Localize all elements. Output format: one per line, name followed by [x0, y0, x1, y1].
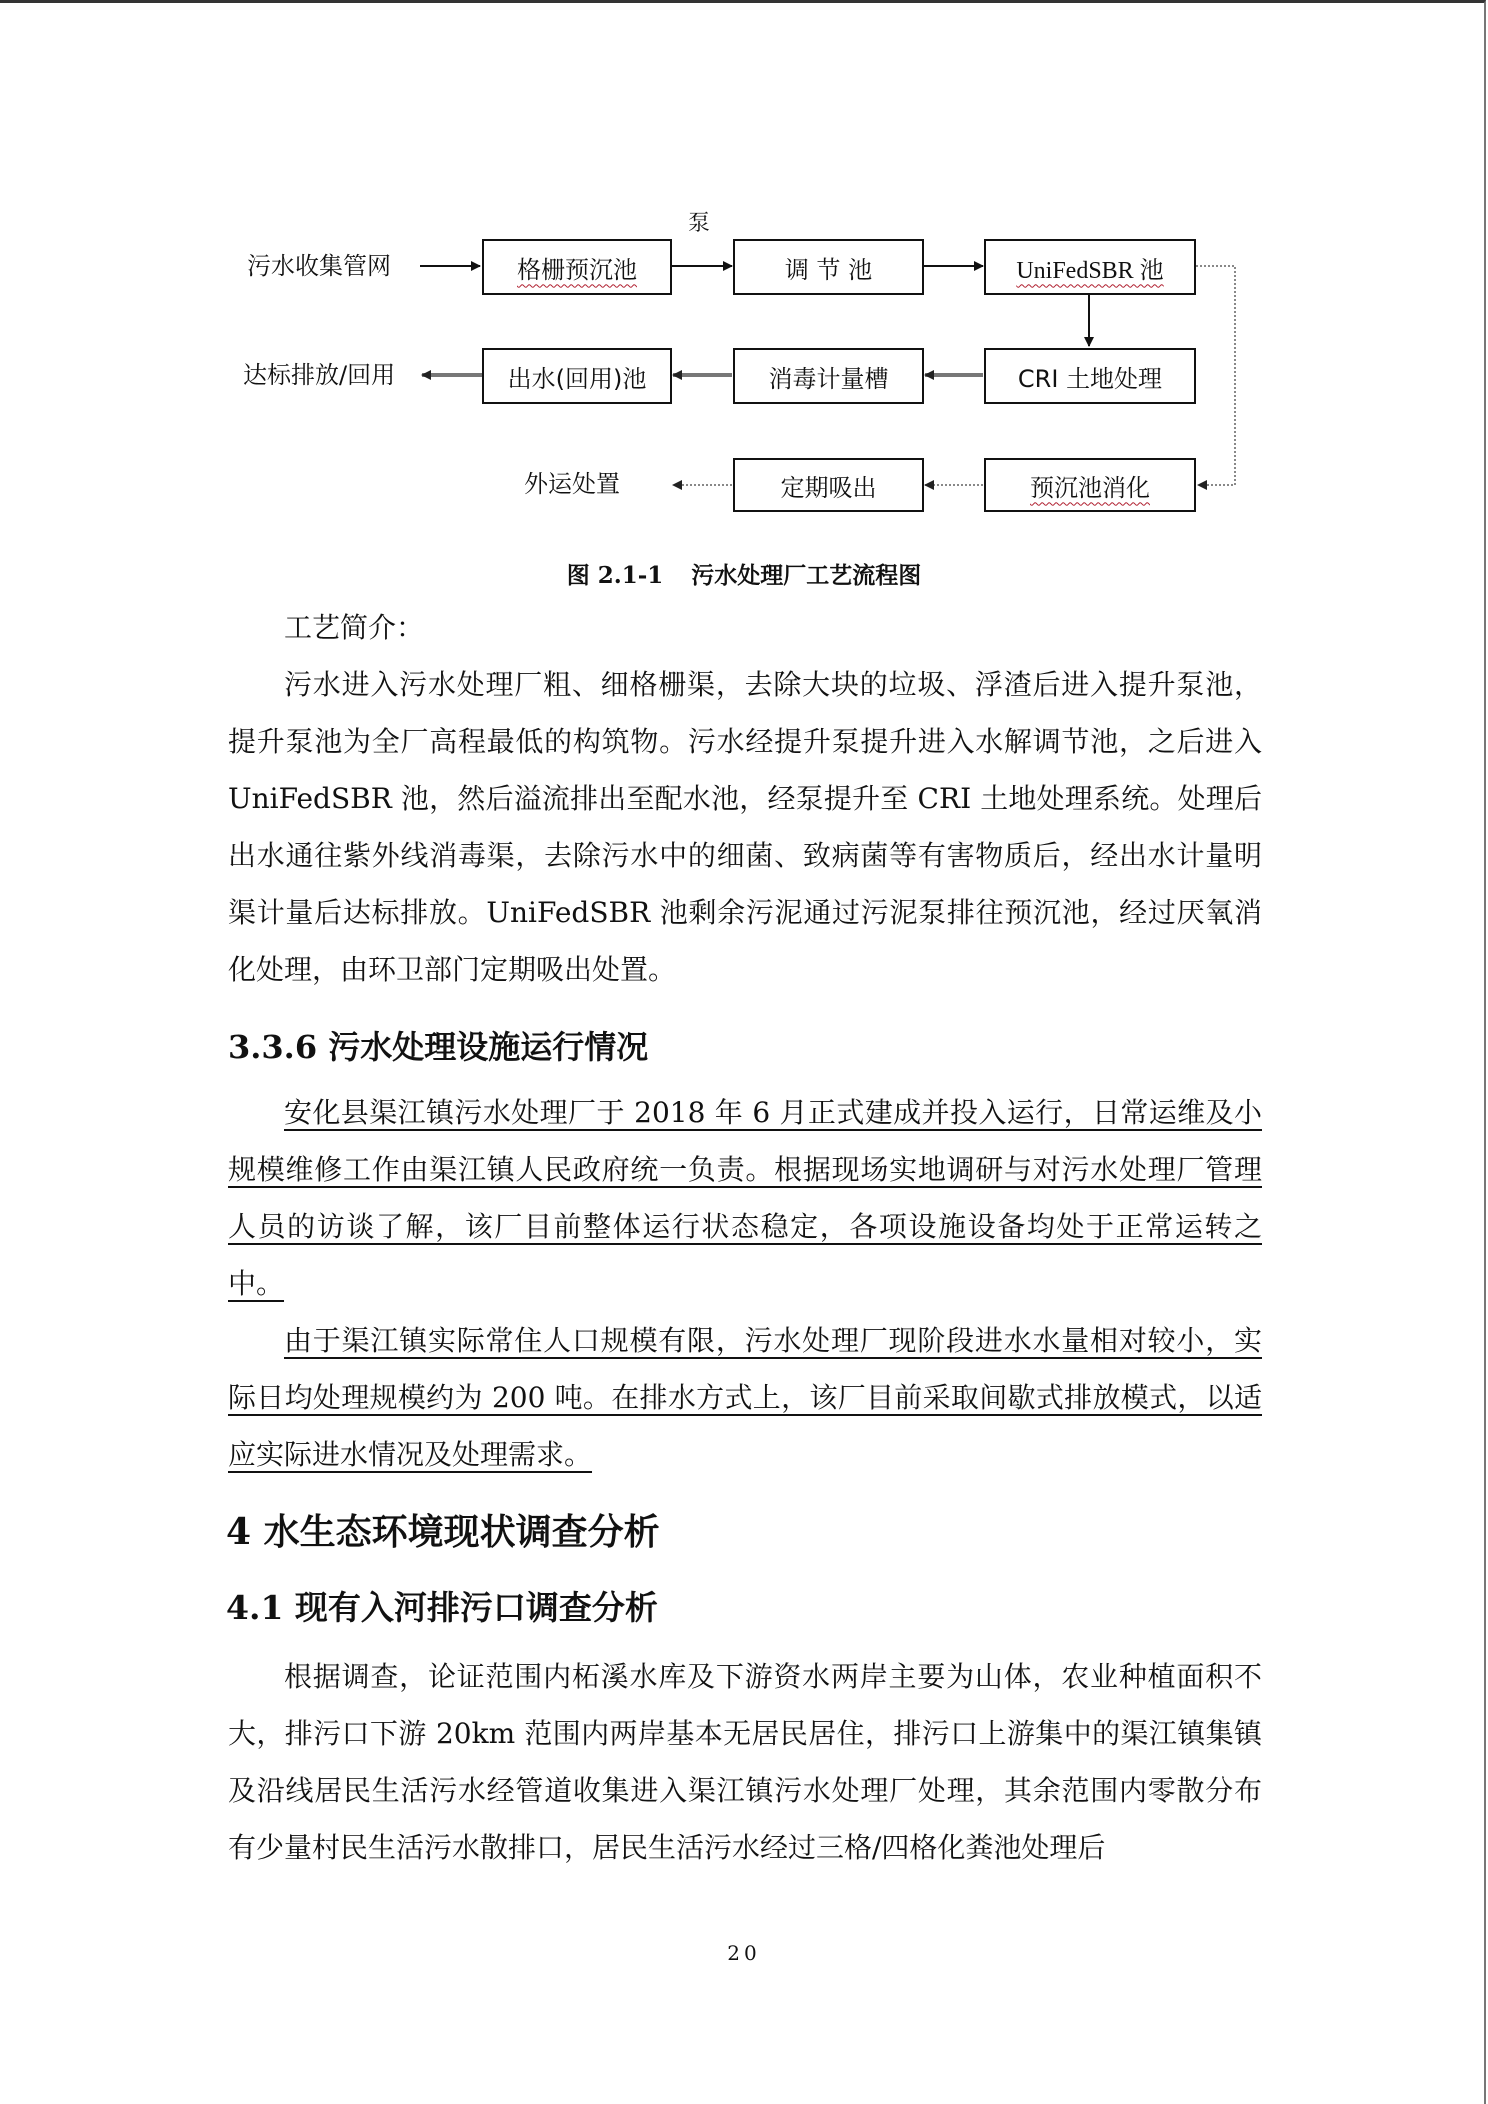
node-effluent: 出水(回用)池 — [482, 348, 672, 404]
section-heading-3-3-6: 3.3.6 污水处理设施运行情况 — [228, 1027, 648, 1067]
paragraph: 由于渠江镇实际常住人口规模有限，污水处理厂现阶段进水水量相对较小，实际日均处理规… — [228, 1312, 1262, 1483]
node-discharge: 达标排放/回用 — [243, 363, 395, 387]
section-heading-4-1: 4.1 现有入河排污口调查分析 — [226, 1587, 658, 1629]
node-disinfect: 消毒计量槽 — [733, 348, 924, 404]
node-digestion: 预沉池消化 — [984, 458, 1196, 512]
page-number: 20 — [0, 1941, 1488, 1965]
node-cri: CRI 土地处理 — [984, 348, 1196, 404]
section-4-1-body: 根据调查，论证范围内柘溪水库及下游资水两岸主要为山体，农业种植面积不大，排污口下… — [228, 1648, 1262, 1876]
intro-label: 工艺简介： — [228, 599, 1262, 656]
node-sbr: UniFedSBR 池 — [984, 239, 1196, 295]
figure-title: 污水处理厂工艺流程图 — [691, 562, 921, 589]
intro-paragraph: 污水进入污水处理厂粗、细格栅渠，去除大块的垃圾、浮渣后进入提升泵池，提升泵池为全… — [228, 656, 1262, 998]
paragraph: 根据调查，论证范围内柘溪水库及下游资水两岸主要为山体，农业种植面积不大，排污口下… — [228, 1648, 1262, 1876]
node-regulating: 调 节 池 — [733, 239, 924, 295]
figure-caption: 图 2.1-1污水处理厂工艺流程图 — [0, 561, 1488, 591]
figure-number: 图 2.1-1 — [567, 562, 664, 589]
pump-label: 泵 — [688, 213, 710, 235]
chapter-heading-4: 4 水生态环境现状调查分析 — [226, 1509, 660, 1555]
section-3-3-6-body: 安化县渠江镇污水处理厂于 2018 年 6 月正式建成并投入运行，日常运维及小规… — [228, 1084, 1262, 1483]
paragraph: 安化县渠江镇污水处理厂于 2018 年 6 月正式建成并投入运行，日常运维及小规… — [228, 1084, 1262, 1312]
node-transport: 外运处置 — [524, 472, 620, 496]
node-suction: 定期吸出 — [733, 458, 924, 512]
flowchart-connectors — [0, 3, 1488, 603]
node-grille: 格栅预沉池 — [482, 239, 672, 295]
node-grille-label: 格栅预沉池 — [517, 250, 637, 285]
node-sbr-label: UniFedSBR 池 — [1016, 250, 1163, 285]
document-page: 污水收集管网 格栅预沉池 泵 调 节 池 UniFedSBR 池 达标排放/回用… — [0, 0, 1486, 2104]
node-digestion-label: 预沉池消化 — [1030, 468, 1150, 503]
intro-block: 工艺简介： 污水进入污水处理厂粗、细格栅渠，去除大块的垃圾、浮渣后进入提升泵池，… — [228, 599, 1262, 998]
node-source: 污水收集管网 — [247, 254, 391, 278]
